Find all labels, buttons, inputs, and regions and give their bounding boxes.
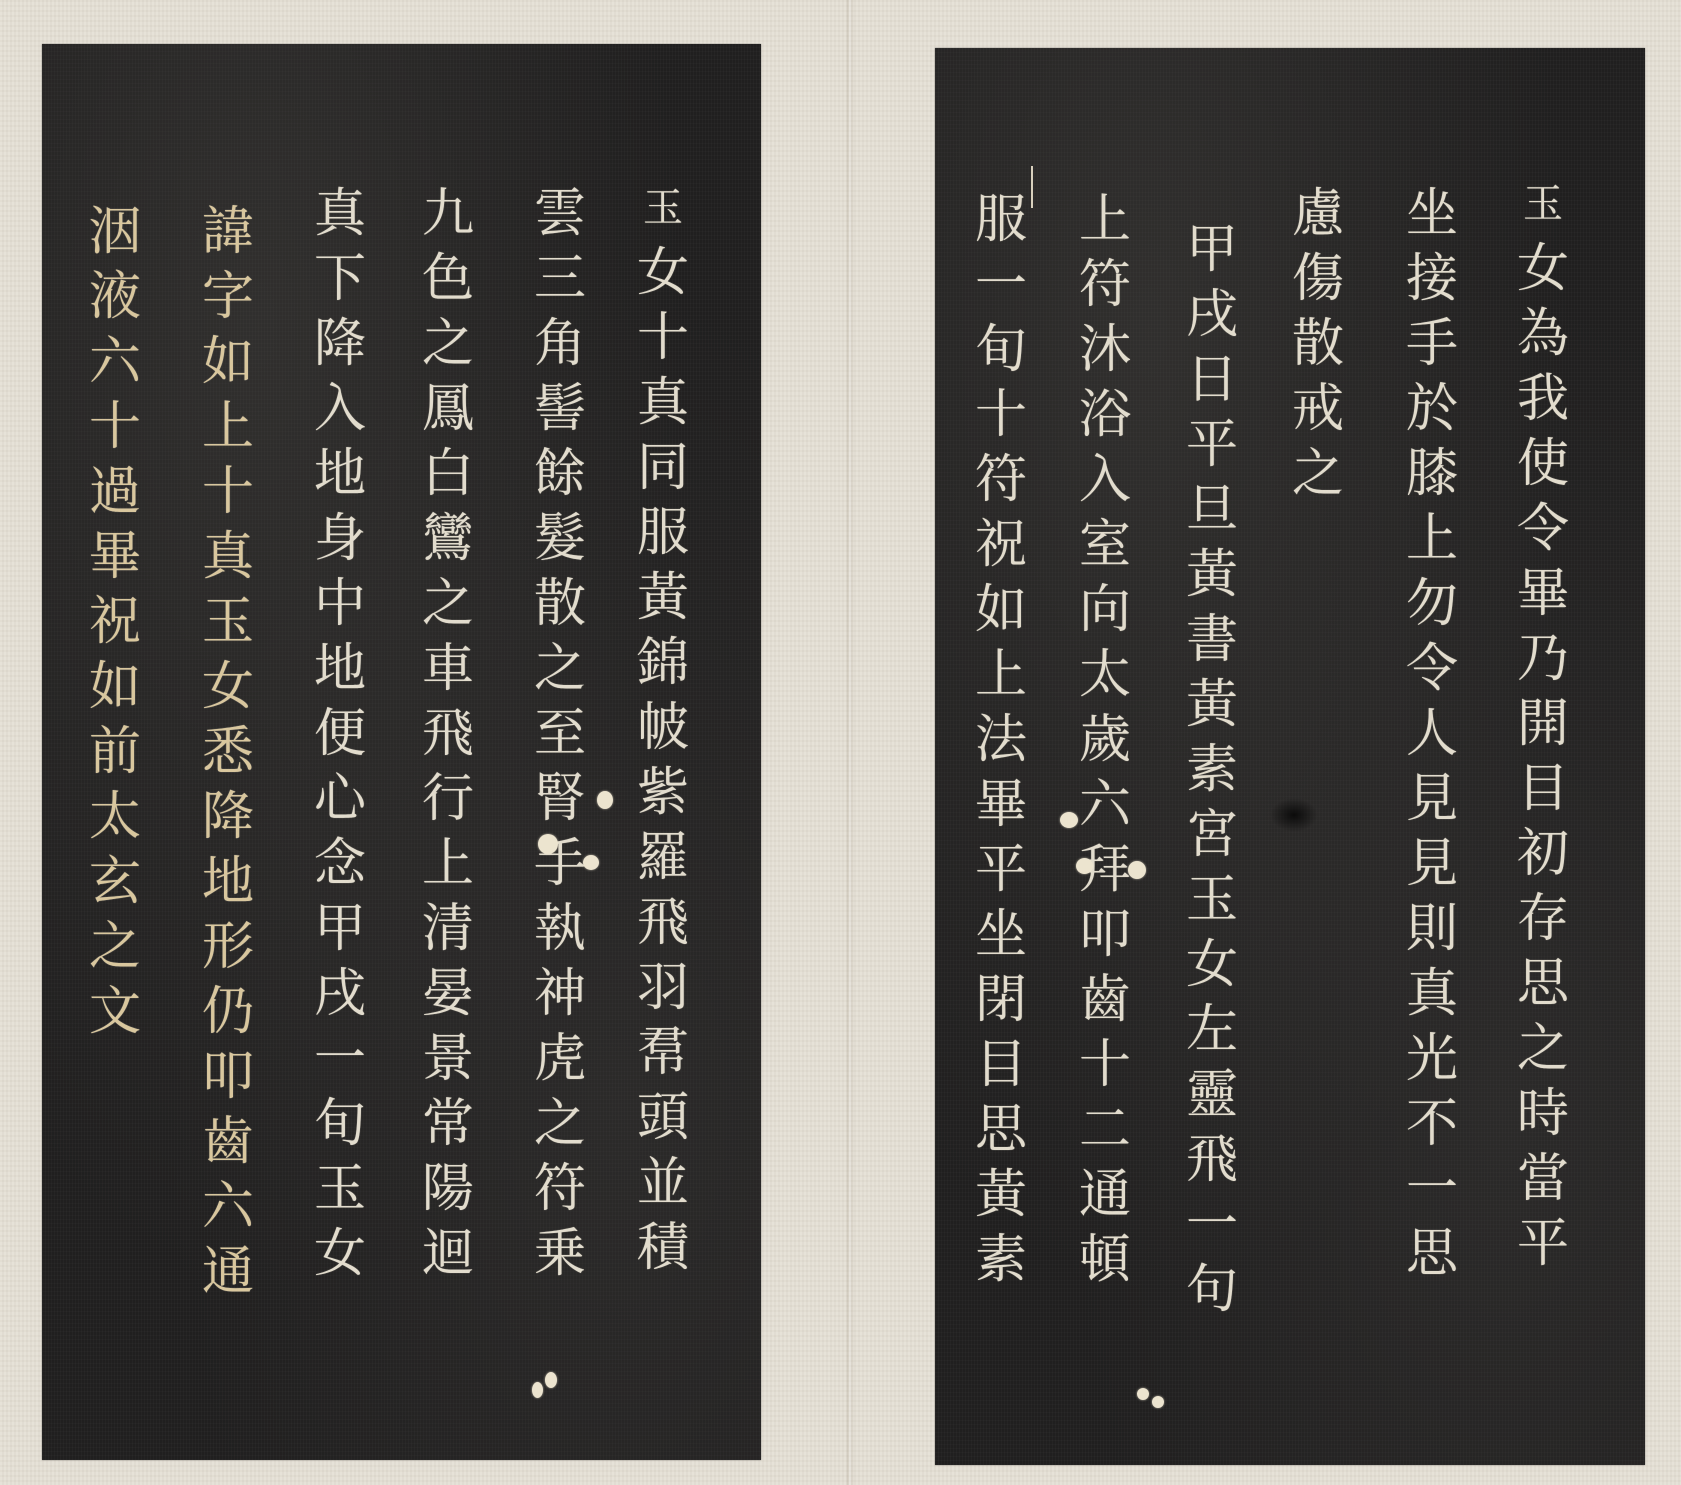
calligraphy-character: 如 bbox=[975, 578, 1027, 643]
calligraphy-character: 女 bbox=[314, 1222, 366, 1287]
calligraphy-character: 平 bbox=[975, 838, 1027, 903]
calligraphy-character: 前 bbox=[89, 720, 141, 785]
calligraphy-character: 清 bbox=[422, 897, 474, 962]
right-rubbing-leaf: 玉女為我使令畢乃開目初存思之時當平 坐接手於膝上勿令人見見則真光不一思 慮傷散戒… bbox=[935, 48, 1645, 1465]
calligraphy-character: 見 bbox=[1406, 832, 1458, 897]
calligraphy-character: 飛 bbox=[422, 702, 474, 767]
calligraphy-character: 令 bbox=[1517, 497, 1569, 562]
calligraphy-character: 祝 bbox=[975, 513, 1027, 578]
calligraphy-character: 手 bbox=[1406, 312, 1458, 377]
calligraphy-character: 仍 bbox=[202, 980, 254, 1045]
calligraphy-character: 形 bbox=[202, 915, 254, 980]
calligraphy-character: 叩 bbox=[202, 1045, 254, 1110]
calligraphy-character: 之 bbox=[1292, 442, 1344, 507]
calligraphy-character: 同 bbox=[637, 436, 689, 501]
calligraphy-character: 降 bbox=[314, 312, 366, 377]
right-column-2: 坐接手於膝上勿令人見見則真光不一思 bbox=[1392, 182, 1472, 1287]
calligraphy-character: 角 bbox=[534, 312, 586, 377]
calligraphy-character: 一 bbox=[1186, 1193, 1238, 1258]
calligraphy-character: 真 bbox=[1406, 962, 1458, 1027]
calligraphy-character: 光 bbox=[1406, 1027, 1458, 1092]
calligraphy-character: 並 bbox=[637, 1151, 689, 1216]
calligraphy-character: 如 bbox=[89, 655, 141, 720]
calligraphy-character: 上 bbox=[1079, 188, 1131, 253]
calligraphy-character: 玉 bbox=[643, 176, 683, 241]
calligraphy-character: 見 bbox=[1406, 767, 1458, 832]
calligraphy-character: 便 bbox=[314, 702, 366, 767]
calligraphy-character: 十 bbox=[637, 306, 689, 371]
calligraphy-character: 洇 bbox=[89, 200, 141, 265]
calligraphy-character: 一 bbox=[314, 1027, 366, 1092]
left-rubbing-leaf: 玉女十真同服黃錦帔紫羅飛羽帬頭並積 雲三角髻餘髮散之至腎手執神虎之符乗 九色之鳳… bbox=[42, 44, 761, 1460]
calligraphy-character: 上 bbox=[975, 643, 1027, 708]
left-column-3: 九色之鳳白鸞之車飛行上清晏景常陽迴 bbox=[408, 182, 488, 1287]
calligraphy-character: 髻 bbox=[534, 377, 586, 442]
calligraphy-character: 白 bbox=[422, 442, 474, 507]
calligraphy-character: 人 bbox=[1406, 702, 1458, 767]
calligraphy-character: 太 bbox=[1079, 643, 1131, 708]
calligraphy-character: 飛 bbox=[637, 891, 689, 956]
calligraphy-character: 祝 bbox=[89, 590, 141, 655]
right-column-6: 服一旬十符祝如上法畢平坐閉目思黃素 bbox=[961, 188, 1041, 1293]
punctuation-dot bbox=[538, 834, 558, 854]
calligraphy-character: 十 bbox=[89, 395, 141, 460]
calligraphy-character: 至 bbox=[534, 702, 586, 767]
punctuation-dot bbox=[1060, 812, 1078, 828]
calligraphy-character: 戌 bbox=[314, 962, 366, 1027]
calligraphy-character: 十 bbox=[202, 460, 254, 525]
calligraphy-character: 服 bbox=[637, 501, 689, 566]
album-fold-line bbox=[846, 0, 854, 1485]
calligraphy-character: 陽 bbox=[422, 1157, 474, 1222]
punctuation-dot bbox=[583, 855, 599, 870]
calligraphy-character: 字 bbox=[202, 265, 254, 330]
calligraphy-character: 接 bbox=[1406, 247, 1458, 312]
calligraphy-character: 晏 bbox=[422, 962, 474, 1027]
calligraphy-character: 乗 bbox=[534, 1222, 586, 1287]
calligraphy-character: 九 bbox=[422, 182, 474, 247]
calligraphy-character: 齒 bbox=[1079, 968, 1131, 1033]
calligraphy-character: 景 bbox=[422, 1027, 474, 1092]
calligraphy-character: 時 bbox=[1517, 1082, 1569, 1147]
calligraphy-character: 黃 bbox=[637, 566, 689, 631]
calligraphy-character: 向 bbox=[1079, 578, 1131, 643]
calligraphy-character: 左 bbox=[1186, 998, 1238, 1063]
calligraphy-character: 女 bbox=[1517, 237, 1569, 302]
calligraphy-character: 六 bbox=[1079, 773, 1131, 838]
calligraphy-character: 女 bbox=[202, 655, 254, 720]
calligraphy-character: 鳳 bbox=[422, 377, 474, 442]
calligraphy-character: 傷 bbox=[1292, 247, 1344, 312]
edge-mark bbox=[1031, 166, 1033, 208]
calligraphy-character: 上 bbox=[202, 395, 254, 460]
calligraphy-character: 行 bbox=[422, 767, 474, 832]
calligraphy-character: 思 bbox=[975, 1098, 1027, 1163]
calligraphy-character: 女 bbox=[1186, 933, 1238, 998]
calligraphy-character: 羽 bbox=[637, 956, 689, 1021]
punctuation-dot bbox=[1076, 858, 1093, 874]
calligraphy-character: 上 bbox=[422, 832, 474, 897]
calligraphy-character: 虎 bbox=[534, 1027, 586, 1092]
calligraphy-character: 畢 bbox=[1517, 562, 1569, 627]
calligraphy-character: 一 bbox=[975, 253, 1027, 318]
left-column-1: 玉女十真同服黃錦帔紫羅飛羽帬頭並積 bbox=[623, 176, 703, 1281]
calligraphy-character: 則 bbox=[1406, 897, 1458, 962]
calligraphy-character: 二 bbox=[1079, 1098, 1131, 1163]
calligraphy-character: 散 bbox=[1292, 312, 1344, 377]
calligraphy-character: 初 bbox=[1517, 822, 1569, 887]
calligraphy-character: 降 bbox=[202, 785, 254, 850]
calligraphy-character: 素 bbox=[1186, 738, 1238, 803]
calligraphy-character: 之 bbox=[89, 915, 141, 980]
calligraphy-character: 過 bbox=[89, 460, 141, 525]
calligraphy-character: 諱 bbox=[202, 200, 254, 265]
calligraphy-character: 帔 bbox=[637, 696, 689, 761]
calligraphy-character: 心 bbox=[314, 767, 366, 832]
calligraphy-character: 之 bbox=[422, 572, 474, 637]
right-column-3: 慮傷散戒之 bbox=[1278, 182, 1358, 507]
calligraphy-character: 常 bbox=[422, 1092, 474, 1157]
calligraphy-character: 齒 bbox=[202, 1110, 254, 1175]
calligraphy-character: 不 bbox=[1406, 1092, 1458, 1157]
calligraphy-character: 太 bbox=[89, 785, 141, 850]
calligraphy-character: 玄 bbox=[89, 850, 141, 915]
calligraphy-character: 如 bbox=[202, 330, 254, 395]
calligraphy-character: 通 bbox=[202, 1240, 254, 1305]
calligraphy-character: 入 bbox=[314, 377, 366, 442]
calligraphy-character: 六 bbox=[202, 1175, 254, 1240]
calligraphy-character: 法 bbox=[975, 708, 1027, 773]
calligraphy-character: 旬 bbox=[975, 318, 1027, 383]
calligraphy-character: 羅 bbox=[637, 826, 689, 891]
calligraphy-character: 使 bbox=[1517, 432, 1569, 497]
calligraphy-character: 戒 bbox=[1292, 377, 1344, 442]
calligraphy-character: 地 bbox=[314, 637, 366, 702]
calligraphy-character: 之 bbox=[1517, 1017, 1569, 1082]
calligraphy-character: 句 bbox=[1186, 1258, 1238, 1323]
calligraphy-character: 神 bbox=[534, 962, 586, 1027]
calligraphy-character: 書 bbox=[1186, 608, 1238, 673]
calligraphy-character: 下 bbox=[314, 247, 366, 312]
ink-smudge bbox=[1270, 798, 1318, 832]
left-column-2: 雲三角髻餘髮散之至腎手執神虎之符乗 bbox=[520, 182, 600, 1287]
punctuation-dot bbox=[545, 1372, 557, 1388]
calligraphy-character: 頭 bbox=[637, 1086, 689, 1151]
punctuation-dot bbox=[1152, 1396, 1164, 1408]
calligraphy-character: 玉 bbox=[202, 590, 254, 655]
punctuation-dot bbox=[1137, 1388, 1149, 1400]
calligraphy-character: 之 bbox=[422, 312, 474, 377]
calligraphy-character: 迴 bbox=[422, 1222, 474, 1287]
calligraphy-character: 畢 bbox=[975, 773, 1027, 838]
calligraphy-character: 髮 bbox=[534, 507, 586, 572]
calligraphy-character: 真 bbox=[314, 182, 366, 247]
calligraphy-character: 十 bbox=[1079, 1033, 1131, 1098]
calligraphy-character: 畢 bbox=[89, 525, 141, 590]
calligraphy-character: 平 bbox=[1186, 413, 1238, 478]
calligraphy-character: 餘 bbox=[534, 442, 586, 507]
calligraphy-character: 我 bbox=[1517, 367, 1569, 432]
calligraphy-character: 地 bbox=[202, 850, 254, 915]
calligraphy-character: 黃 bbox=[1186, 673, 1238, 738]
punctuation-dot bbox=[1128, 861, 1146, 879]
calligraphy-character: 黃 bbox=[975, 1163, 1027, 1228]
calligraphy-character: 鸞 bbox=[422, 507, 474, 572]
calligraphy-character: 真 bbox=[202, 525, 254, 590]
right-column-5: 上符沐浴入室向太歲六拜叩齒十二通頓 bbox=[1065, 188, 1145, 1293]
calligraphy-character: 飛 bbox=[1186, 1128, 1238, 1193]
right-column-4: 甲戌日平旦黃書黃素宮玉女左靈飛一句 bbox=[1172, 218, 1252, 1323]
calligraphy-character: 乃 bbox=[1517, 627, 1569, 692]
calligraphy-character: 平 bbox=[1517, 1212, 1569, 1277]
calligraphy-character: 目 bbox=[1517, 757, 1569, 822]
calligraphy-character: 車 bbox=[422, 637, 474, 702]
calligraphy-character: 為 bbox=[1517, 302, 1569, 367]
calligraphy-character: 甲 bbox=[314, 897, 366, 962]
calligraphy-character: 玉 bbox=[1186, 868, 1238, 933]
calligraphy-character: 腎 bbox=[534, 767, 586, 832]
punctuation-dot bbox=[597, 791, 613, 809]
left-column-4: 真下降入地身中地便心念甲戌一旬玉女 bbox=[300, 182, 380, 1287]
calligraphy-character: 令 bbox=[1406, 637, 1458, 702]
calligraphy-character: 雲 bbox=[534, 182, 586, 247]
calligraphy-character: 色 bbox=[422, 247, 474, 312]
calligraphy-character: 悉 bbox=[202, 720, 254, 785]
calligraphy-character: 十 bbox=[975, 383, 1027, 448]
left-column-6: 洇液六十過畢祝如前太玄之文 bbox=[75, 200, 155, 1045]
calligraphy-character: 文 bbox=[89, 980, 141, 1045]
calligraphy-character: 甲 bbox=[1186, 218, 1238, 283]
calligraphy-character: 符 bbox=[1079, 253, 1131, 318]
calligraphy-character: 之 bbox=[534, 637, 586, 702]
calligraphy-character: 之 bbox=[534, 1092, 586, 1157]
calligraphy-character: 符 bbox=[534, 1157, 586, 1222]
calligraphy-character: 當 bbox=[1517, 1147, 1569, 1212]
calligraphy-character: 三 bbox=[534, 247, 586, 312]
calligraphy-character: 戌 bbox=[1186, 283, 1238, 348]
calligraphy-character: 思 bbox=[1517, 952, 1569, 1017]
calligraphy-character: 沐 bbox=[1079, 318, 1131, 383]
calligraphy-character: 叩 bbox=[1079, 903, 1131, 968]
punctuation-dot bbox=[532, 1382, 543, 1398]
calligraphy-character: 勿 bbox=[1406, 572, 1458, 637]
calligraphy-character: 坐 bbox=[1406, 182, 1458, 247]
calligraphy-character: 慮 bbox=[1292, 182, 1344, 247]
calligraphy-character: 玉 bbox=[1523, 172, 1563, 237]
calligraphy-character: 閉 bbox=[975, 968, 1027, 1033]
left-column-5: 諱字如上十真玉女悉降地形仍叩齒六通 bbox=[188, 200, 268, 1305]
calligraphy-character: 地 bbox=[314, 442, 366, 507]
calligraphy-character: 服 bbox=[975, 188, 1027, 253]
calligraphy-character: 身 bbox=[314, 507, 366, 572]
calligraphy-character: 帬 bbox=[637, 1021, 689, 1086]
calligraphy-character: 日 bbox=[1186, 348, 1238, 413]
calligraphy-character: 玉 bbox=[314, 1157, 366, 1222]
calligraphy-character: 歲 bbox=[1079, 708, 1131, 773]
calligraphy-character: 素 bbox=[975, 1228, 1027, 1293]
calligraphy-character: 坐 bbox=[975, 903, 1027, 968]
calligraphy-character: 上 bbox=[1406, 507, 1458, 572]
calligraphy-character: 存 bbox=[1517, 887, 1569, 952]
calligraphy-character: 錦 bbox=[637, 631, 689, 696]
calligraphy-character: 於 bbox=[1406, 377, 1458, 442]
calligraphy-character: 旬 bbox=[314, 1092, 366, 1157]
calligraphy-character: 一 bbox=[1406, 1157, 1458, 1222]
calligraphy-character: 旦 bbox=[1186, 478, 1238, 543]
calligraphy-character: 六 bbox=[89, 330, 141, 395]
calligraphy-character: 浴 bbox=[1079, 383, 1131, 448]
calligraphy-character: 黃 bbox=[1186, 543, 1238, 608]
calligraphy-character: 紫 bbox=[637, 761, 689, 826]
calligraphy-character: 中 bbox=[314, 572, 366, 637]
calligraphy-character: 通 bbox=[1079, 1163, 1131, 1228]
calligraphy-character: 執 bbox=[534, 897, 586, 962]
calligraphy-character: 開 bbox=[1517, 692, 1569, 757]
calligraphy-character: 散 bbox=[534, 572, 586, 637]
calligraphy-character: 符 bbox=[975, 448, 1027, 513]
calligraphy-character: 真 bbox=[637, 371, 689, 436]
calligraphy-character: 靈 bbox=[1186, 1063, 1238, 1128]
calligraphy-character: 思 bbox=[1406, 1222, 1458, 1287]
calligraphy-character: 液 bbox=[89, 265, 141, 330]
calligraphy-character: 膝 bbox=[1406, 442, 1458, 507]
calligraphy-character: 頓 bbox=[1079, 1228, 1131, 1293]
calligraphy-character: 積 bbox=[637, 1216, 689, 1281]
calligraphy-character: 念 bbox=[314, 832, 366, 897]
calligraphy-character: 目 bbox=[975, 1033, 1027, 1098]
calligraphy-character: 入 bbox=[1079, 448, 1131, 513]
calligraphy-character: 室 bbox=[1079, 513, 1131, 578]
calligraphy-character: 女 bbox=[637, 241, 689, 306]
right-column-1: 玉女為我使令畢乃開目初存思之時當平 bbox=[1503, 172, 1583, 1277]
calligraphy-character: 宮 bbox=[1186, 803, 1238, 868]
